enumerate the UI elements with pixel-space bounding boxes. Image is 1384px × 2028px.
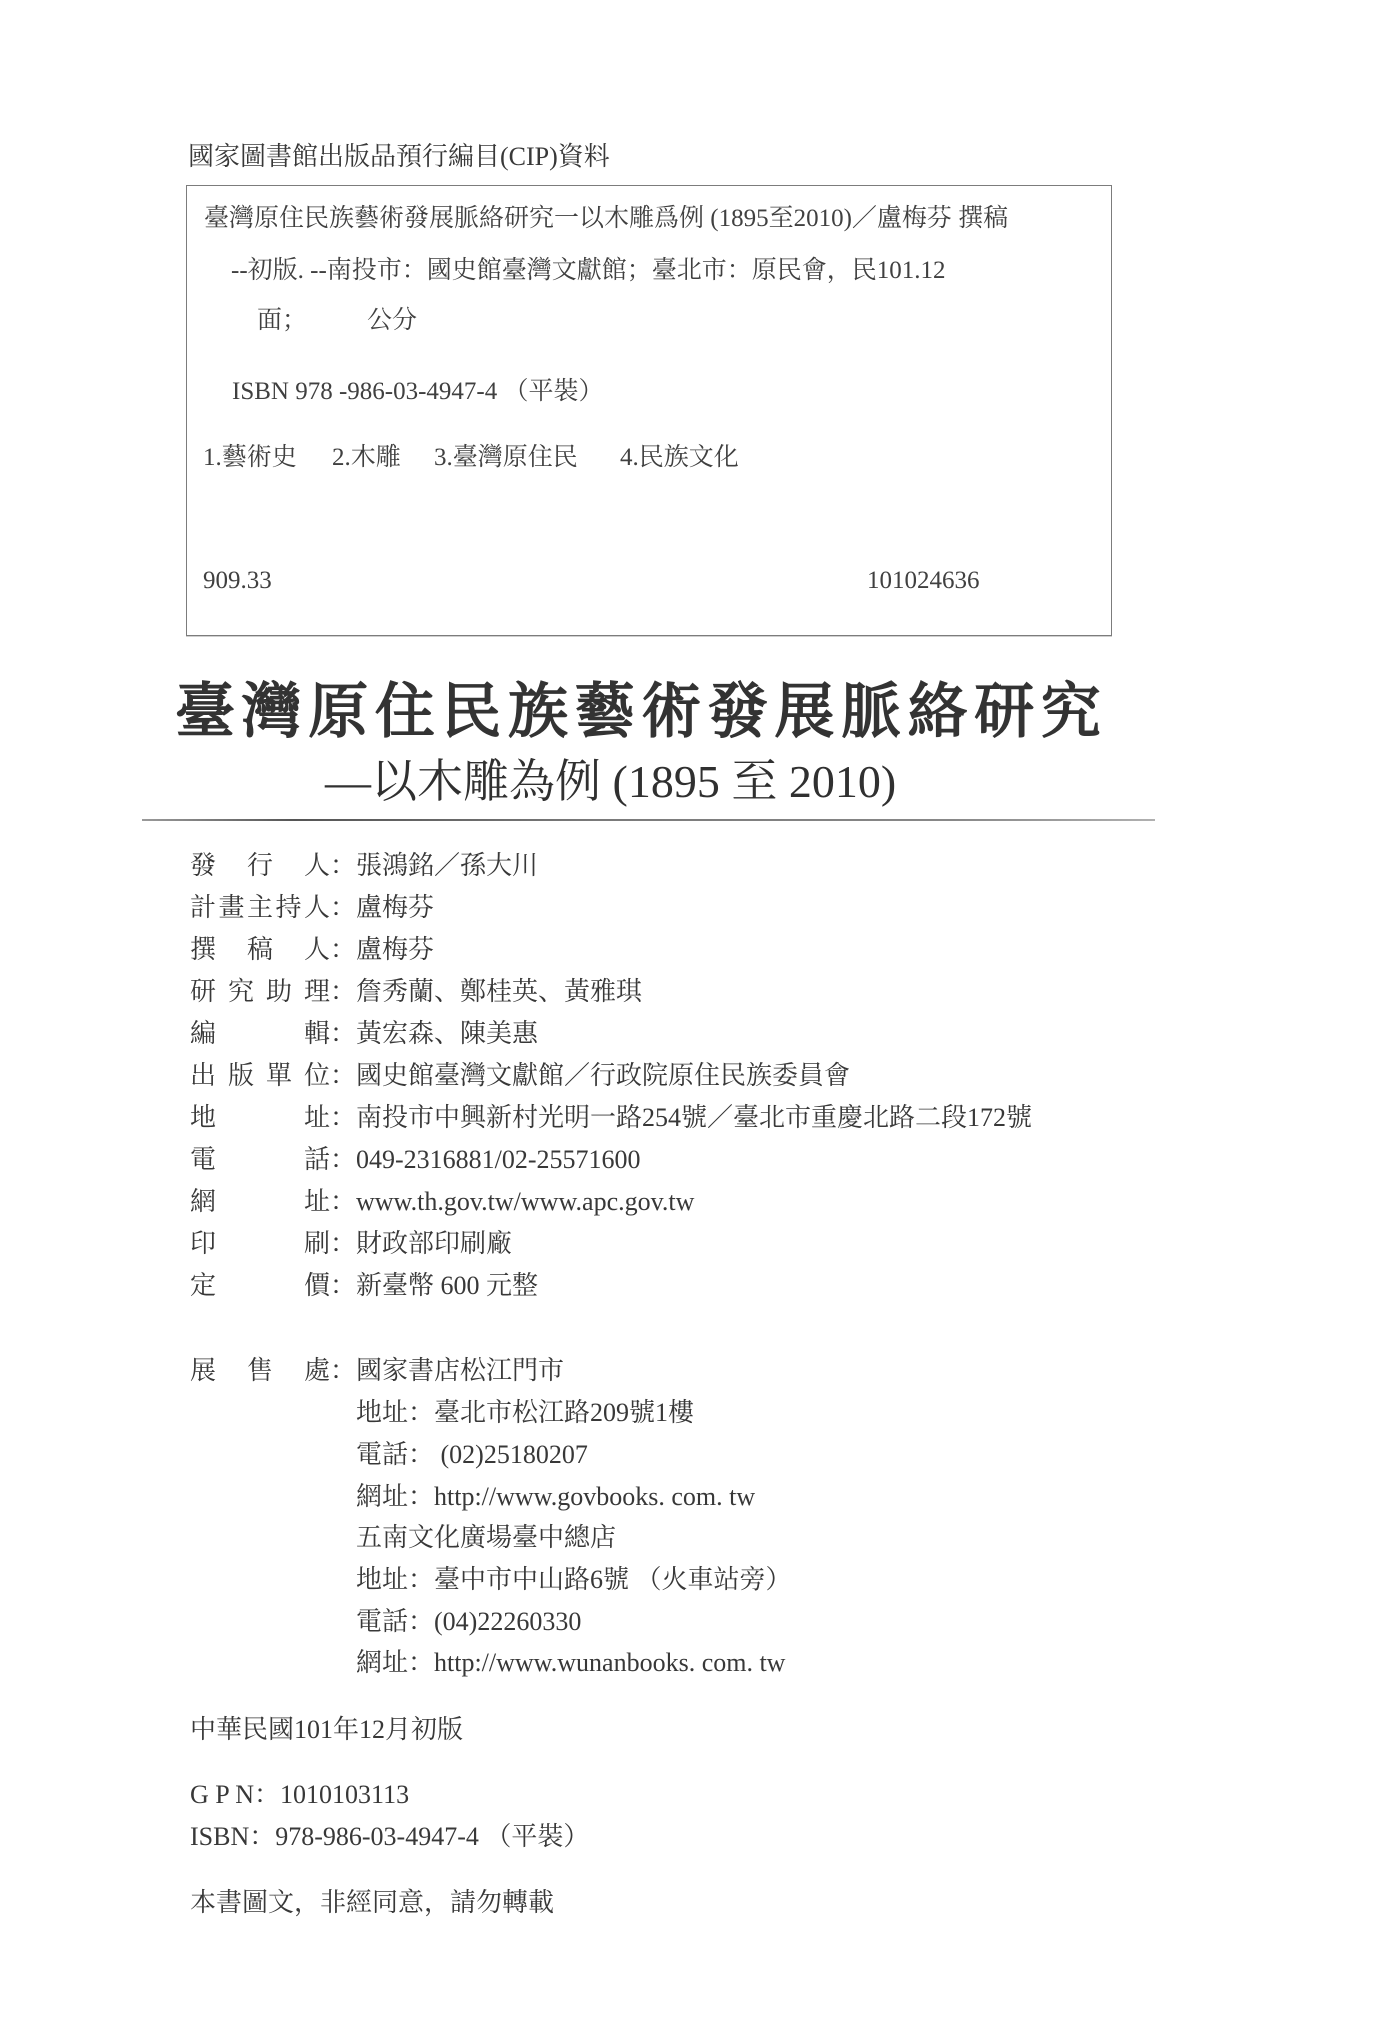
label-char: 地: [190, 1100, 216, 1136]
credit-row-research-assistants: 研究助理 ： 詹秀蘭、鄭桂英、黃雅琪: [190, 974, 642, 1010]
cip-record-box: 臺灣原住民族藝術發展脈絡研究一以木雕爲例 (1895至2010)／盧梅芬 撰稿 …: [186, 185, 1112, 636]
isbn-number: ISBN：978-986-03-4947-4 （平裝）: [190, 1819, 589, 1855]
credit-label: 網址: [190, 1184, 330, 1220]
credit-row-project-host: 計畫主持人 ： 盧梅芬: [190, 890, 434, 926]
colon: ：: [330, 974, 356, 1010]
credit-value: 新臺幣 600 元整: [356, 1268, 538, 1304]
label-char: 輯: [304, 1016, 330, 1052]
label-char: 畫: [218, 890, 244, 926]
label-char: 位: [304, 1058, 330, 1094]
sales-store-name: 國家書店松江門市: [356, 1353, 564, 1389]
label-char: 研: [190, 974, 216, 1010]
credit-row-price: 定價 ： 新臺幣 600 元整: [190, 1268, 538, 1304]
label-char: 版: [228, 1058, 254, 1094]
label-char: 出: [190, 1058, 216, 1094]
edition-date: 中華民國101年12月初版: [190, 1712, 463, 1748]
label-char: 理: [304, 974, 330, 1010]
colon: ：: [330, 1100, 356, 1136]
label-char: 價: [304, 1268, 330, 1304]
credit-row-publishing-unit: 出版單位 ： 國史館臺灣文獻館／行政院原住民族委員會: [190, 1058, 850, 1094]
sales-store-name: 五南文化廣場臺中總店: [356, 1520, 616, 1556]
colon: ：: [330, 848, 356, 884]
credit-value: 財政部印刷廠: [356, 1226, 512, 1262]
credit-row-publisher: 發行人 ： 張鴻銘／孫大川: [190, 848, 538, 884]
label-char: 單: [266, 1058, 292, 1094]
cip-pages-label: 面；: [257, 303, 307, 339]
credit-value: 盧梅芬: [356, 932, 434, 968]
label-char: 助: [266, 974, 292, 1010]
credit-label: 研究助理: [190, 974, 330, 1010]
label-char: 售: [247, 1353, 273, 1389]
colon: ：: [330, 1184, 356, 1220]
credit-value: 詹秀蘭、鄭桂英、黃雅琪: [356, 974, 642, 1010]
label-char: 撰: [190, 932, 216, 968]
label-char: 主: [247, 890, 273, 926]
book-title: 臺灣原住民族藝術發展脈絡研究: [175, 677, 1107, 747]
sales-line: 地址：臺北市松江路209號1樓: [356, 1395, 694, 1431]
cip-title-line: 臺灣原住民族藝術發展脈絡研究一以木雕爲例 (1895至2010)／盧梅芬 撰稿: [204, 201, 1008, 237]
credit-row-phone: 電話 ： 049-2316881/02-25571600: [190, 1142, 641, 1178]
sales-line: 網址：http://www.govbooks. com. tw: [356, 1479, 755, 1515]
label-char: 電: [190, 1142, 216, 1178]
credit-label: 編輯: [190, 1016, 330, 1052]
cip-subject: 3.臺灣原住民: [434, 440, 578, 476]
cip-record-number: 101024636: [867, 563, 980, 599]
sales-label: 展售處: [190, 1353, 330, 1389]
colon: ：: [330, 1226, 356, 1262]
colon: ：: [330, 1353, 356, 1389]
credit-label: 出版單位: [190, 1058, 330, 1094]
credit-value: 黃宏森、陳美惠: [356, 1016, 538, 1052]
cip-size-label: 公分: [367, 303, 417, 339]
label-char: 定: [190, 1268, 216, 1304]
label-char: 人: [304, 890, 330, 926]
label-char: 刷: [304, 1226, 330, 1262]
credit-row-author: 撰稿人 ： 盧梅芬: [190, 932, 434, 968]
cip-heading: 國家圖書館出版品預行編目(CIP)資料: [188, 139, 610, 175]
colon: ：: [330, 1142, 356, 1178]
credit-label: 計畫主持人: [190, 890, 330, 926]
credit-row-editors: 編輯 ： 黃宏森、陳美惠: [190, 1016, 538, 1052]
label-char: 行: [247, 848, 273, 884]
cip-subject: 2.木雕: [332, 440, 401, 476]
colon: ：: [330, 932, 356, 968]
sales-line: 電話： (02)25180207: [356, 1437, 588, 1473]
label-char: 計: [190, 890, 216, 926]
label-char: 人: [304, 932, 330, 968]
label-char: 址: [304, 1100, 330, 1136]
label-char: 處: [304, 1353, 330, 1389]
book-subtitle: —以木雕為例 (1895 至 2010): [325, 754, 896, 810]
title-divider: [142, 819, 1155, 821]
colon: ：: [330, 1268, 356, 1304]
label-char: 人: [304, 848, 330, 884]
label-char: 網: [190, 1184, 216, 1220]
copyright-notice: 本書圖文，非經同意，請勿轉載: [190, 1885, 554, 1921]
credit-label: 發行人: [190, 848, 330, 884]
colon: ：: [330, 1058, 356, 1094]
sales-line: 網址：http://www.wunanbooks. com. tw: [356, 1645, 785, 1681]
label-char: 話: [304, 1142, 330, 1178]
label-char: 究: [228, 974, 254, 1010]
credit-value: 國史館臺灣文獻館／行政院原住民族委員會: [356, 1058, 850, 1094]
label-char: 稿: [247, 932, 273, 968]
cip-subject: 4.民族文化: [620, 440, 739, 476]
credit-label: 定價: [190, 1268, 330, 1304]
colon: ：: [330, 890, 356, 926]
cip-isbn-line: ISBN 978 -986-03-4947-4 （平裝）: [232, 374, 604, 410]
credit-label: 印刷: [190, 1226, 330, 1262]
cip-edition-line: --初版. --南投市：國史館臺灣文獻館；臺北市：原民會，民101.12: [231, 253, 946, 289]
credit-value: 049-2316881/02-25571600: [356, 1142, 641, 1178]
label-char: 展: [190, 1353, 216, 1389]
credit-row-address: 地址 ： 南投市中興新村光明一路254號／臺北市重慶北路二段172號: [190, 1100, 1032, 1136]
credit-value: 南投市中興新村光明一路254號／臺北市重慶北路二段172號: [356, 1100, 1032, 1136]
cip-subject: 1.藝術史: [203, 440, 297, 476]
sales-line: 地址：臺中市中山路6號 （火車站旁）: [356, 1562, 792, 1598]
credit-value: 張鴻銘／孫大川: [356, 848, 538, 884]
credit-row-website: 網址 ： www.th.gov.tw/www.apc.gov.tw: [190, 1184, 694, 1220]
credit-label: 撰稿人: [190, 932, 330, 968]
label-char: 發: [190, 848, 216, 884]
label-char: 址: [304, 1184, 330, 1220]
label-char: 編: [190, 1016, 216, 1052]
sales-line: 電話：(04)22260330: [356, 1604, 581, 1640]
credit-label: 地址: [190, 1100, 330, 1136]
credit-value: www.th.gov.tw/www.apc.gov.tw: [356, 1184, 694, 1220]
sales-row: 展售處 ： 國家書店松江門市: [190, 1353, 564, 1389]
gpn-number: G P N：1010103113: [190, 1777, 409, 1813]
credit-label: 電話: [190, 1142, 330, 1178]
credit-row-printer: 印刷 ： 財政部印刷廠: [190, 1226, 512, 1262]
label-char: 持: [275, 890, 301, 926]
colon: ：: [330, 1016, 356, 1052]
cip-classification-number: 909.33: [203, 563, 272, 599]
label-char: 印: [190, 1226, 216, 1262]
credit-value: 盧梅芬: [356, 890, 434, 926]
